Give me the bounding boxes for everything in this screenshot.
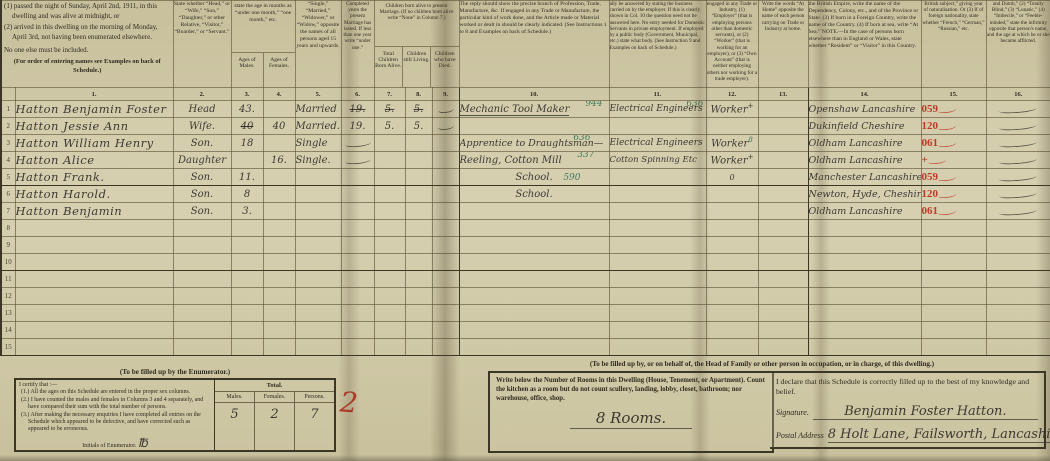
- empty-cell: [808, 271, 921, 288]
- cell-infirmity: [986, 186, 1050, 203]
- cell-years-married: [341, 169, 374, 186]
- empty-cell: [808, 288, 921, 305]
- colnum-7: 7.: [374, 88, 405, 101]
- dash-mark: [999, 139, 1037, 148]
- cell-years-married: 19.: [341, 101, 374, 118]
- empty-cell: [706, 322, 758, 339]
- header-at-home: Write the words “At Home” opposite the n…: [758, 1, 808, 88]
- cell-at-home: [758, 152, 808, 169]
- empty-cell: [405, 271, 432, 288]
- cell-name: Hatton Jessie Ann: [15, 118, 173, 135]
- cell-infirmity: [986, 101, 1050, 118]
- birthplace-code: +: [922, 154, 928, 166]
- header-years-married: Completed years the present Marriage has…: [341, 1, 374, 88]
- cell-age-male: 18: [231, 135, 263, 152]
- empty-cell: [808, 237, 921, 254]
- header-children-died: Children who have Died.: [430, 47, 458, 87]
- birthplace-code: 120: [922, 120, 939, 132]
- cell-age-male: 40: [231, 118, 263, 135]
- initials-line: Initials of Enumerator. ℔: [19, 436, 211, 451]
- empty-cell: [341, 254, 374, 271]
- empty-cell: [459, 288, 609, 305]
- empty-cell: [295, 288, 341, 305]
- cell-years-married: [341, 152, 374, 169]
- empty-cell: [609, 254, 706, 271]
- empty-cell: [15, 322, 173, 339]
- cell-marital: [295, 186, 341, 203]
- cell-children-living: 5.: [405, 118, 432, 135]
- cell-years-married: [341, 135, 374, 152]
- empty-cell: [231, 220, 263, 237]
- empty-cell: [609, 339, 706, 356]
- birthplace-code: 061: [922, 137, 939, 149]
- dash-mark: [437, 105, 453, 113]
- dash-mark: [999, 156, 1037, 165]
- empty-cell: [15, 237, 173, 254]
- empty-cell: [15, 220, 173, 237]
- occupation-code: 944: [585, 101, 602, 110]
- row-number: 7: [1, 203, 15, 220]
- empty-cell: [231, 322, 263, 339]
- cell-relation: Son.: [173, 169, 231, 186]
- certify-item-2: (2.) I have counted the males and female…: [19, 397, 211, 412]
- note-line-3: No one else must be included.: [2, 45, 173, 55]
- address-value: 8 Holt Lane, Failsworth, Lancashire.: [828, 427, 1050, 443]
- empty-cell: [808, 220, 921, 237]
- dash-mark: [344, 139, 370, 147]
- occupation-code: 636: [573, 135, 590, 144]
- empty-cell: [459, 271, 609, 288]
- cell-age-female: 40: [263, 118, 295, 135]
- note-line-2: (2) arrived in this dwelling on the morn…: [2, 22, 173, 42]
- empty-cell: [263, 220, 295, 237]
- totals-persons-value: 7: [294, 403, 334, 450]
- empty-cell: [405, 220, 432, 237]
- empty-cell: [341, 322, 374, 339]
- empty-cell: [341, 237, 374, 254]
- colnum-8: 8.: [405, 88, 432, 101]
- cell-children-died: [432, 135, 459, 152]
- census-row: 6 Hatton Harold. Son. 8 School. Newton, …: [1, 186, 1050, 203]
- signature-line: Signature. Benjamin Foster Hatton.: [776, 404, 1038, 420]
- cell-marital: Single.: [295, 152, 341, 169]
- cell-nationality: 061: [921, 135, 986, 152]
- cell-children-living: [405, 135, 432, 152]
- cell-marital: Single: [295, 135, 341, 152]
- colnum-blank: [1, 88, 15, 101]
- header-birthplace: the British Empire, write the name of th…: [808, 1, 921, 88]
- certify-intro: I certify that :—: [19, 382, 57, 388]
- cell-name: Hatton Frank.: [15, 169, 173, 186]
- red-tail: [938, 123, 956, 130]
- empty-cell: [263, 237, 295, 254]
- empty-cell: [758, 271, 808, 288]
- empty-cell: [231, 288, 263, 305]
- address-label: Postal Address: [776, 431, 824, 440]
- empty-cell: [295, 322, 341, 339]
- header-relation: State whether “Head,” or “Wife,” “Son,” …: [173, 1, 231, 88]
- empty-cell: [374, 288, 405, 305]
- empty-cell: [173, 305, 231, 322]
- empty-cell: [986, 237, 1050, 254]
- empty-cell: [808, 322, 921, 339]
- enumerator-initials: ℔: [138, 436, 148, 450]
- cell-relation: Son.: [173, 203, 231, 220]
- empty-cell: [986, 220, 1050, 237]
- empty-cell: [921, 271, 986, 288]
- empty-cell: [986, 288, 1050, 305]
- cell-nationality: 059: [921, 169, 986, 186]
- employment-mark: 8: [748, 136, 752, 144]
- cell-age-male: 11.: [231, 169, 263, 186]
- rooms-instructions: Write below the Number of Rooms in this …: [490, 373, 772, 403]
- empty-cell: [921, 288, 986, 305]
- header-marriage: “Single,” “Married,” “Widower,” or “Wido…: [295, 1, 341, 88]
- row-number: 15: [1, 339, 15, 356]
- empty-cell: [609, 237, 706, 254]
- empty-cell: [374, 237, 405, 254]
- empty-cell: [173, 237, 231, 254]
- dash-mark: [999, 105, 1037, 114]
- declaration-text: I declare that this Schedule is correctl…: [776, 377, 1038, 397]
- cell-relation: Son.: [173, 135, 231, 152]
- birthplace-code: 059: [922, 171, 939, 183]
- row-number: 13: [1, 305, 15, 322]
- empty-cell: [405, 305, 432, 322]
- header-industry: ally be answered by stating the business…: [609, 1, 706, 88]
- cell-nationality: 059: [921, 101, 986, 118]
- census-row-empty: 9: [1, 237, 1050, 254]
- header-employment: engaged in any Trade or Industry, (1) “E…: [706, 1, 758, 88]
- cell-nationality: 120: [921, 118, 986, 135]
- census-row: 3 Hatton William Henry Son. 18 Single Ap…: [1, 135, 1050, 152]
- empty-cell: [921, 322, 986, 339]
- cell-marital: [295, 169, 341, 186]
- row-number: 9: [1, 237, 15, 254]
- totals-females-label: Females.: [254, 392, 294, 403]
- cell-children-living: 5.: [405, 101, 432, 118]
- cell-infirmity: [986, 203, 1050, 220]
- colnum-13: 13.: [758, 88, 808, 101]
- cell-birthplace: Openshaw Lancashire: [808, 101, 921, 118]
- cell-at-home: [758, 135, 808, 152]
- cell-children-born: [374, 186, 405, 203]
- empty-cell: [758, 237, 808, 254]
- empty-cell: [374, 220, 405, 237]
- empty-cell: [173, 339, 231, 356]
- totals-table: Total. Males. Females. Persons. 5 2 7: [214, 380, 334, 450]
- cell-relation: Daughter: [173, 152, 231, 169]
- cell-employment: Worker+: [706, 101, 758, 118]
- cell-age-female: [263, 186, 295, 203]
- empty-cell: [295, 271, 341, 288]
- cell-nationality: 120: [921, 186, 986, 203]
- cell-employment: [706, 186, 758, 203]
- red-tail: [938, 140, 956, 147]
- census-row: 1 Hatton Benjamin Foster Head 43. Marrie…: [1, 101, 1050, 118]
- cell-relation: Wife.: [173, 118, 231, 135]
- cell-birthplace: Oldham Lancashire: [808, 152, 921, 169]
- empty-cell: [374, 305, 405, 322]
- census-row-empty: 10: [1, 254, 1050, 271]
- empty-cell: [986, 271, 1050, 288]
- cell-industry: Cotton Spinning Etc: [609, 152, 706, 169]
- empty-cell: [173, 271, 231, 288]
- census-row-empty: 13: [1, 305, 1050, 322]
- empty-cell: [341, 220, 374, 237]
- empty-cell: [706, 288, 758, 305]
- empty-cell: [459, 220, 609, 237]
- empty-cell: [459, 339, 609, 356]
- cell-birthplace: Oldham Lancashire: [808, 203, 921, 220]
- colnum-5: 5.: [295, 88, 341, 101]
- address-line: Postal Address 8 Holt Lane, Failsworth, …: [776, 427, 1038, 443]
- cell-children-born: [374, 203, 405, 220]
- cell-children-born: 5.: [374, 118, 405, 135]
- cell-age-female: [263, 169, 295, 186]
- dash-mark: [344, 156, 370, 164]
- initials-label: Initials of Enumerator.: [82, 443, 136, 449]
- cell-children-died: [432, 186, 459, 203]
- totals-males-value: 5: [215, 403, 254, 450]
- cell-occupation: Mechanic Tool Maker944: [459, 101, 609, 118]
- empty-cell: [173, 288, 231, 305]
- empty-cell: [15, 271, 173, 288]
- cell-industry: [609, 203, 706, 220]
- empty-cell: [341, 271, 374, 288]
- cell-occupation: [459, 203, 609, 220]
- empty-cell: [921, 237, 986, 254]
- cell-occupation: Apprentice to Draughtsman—636: [459, 135, 609, 152]
- cell-infirmity: [986, 152, 1050, 169]
- empty-cell: [706, 271, 758, 288]
- column-numbers-row: 1. 2. 3. 4. 5. 6. 7. 8. 9. 10. 11. 12. 1…: [1, 88, 1050, 101]
- cell-name: Hatton William Henry: [15, 135, 173, 152]
- empty-cell: [758, 322, 808, 339]
- cell-age-female: 16.: [263, 152, 295, 169]
- cell-infirmity: [986, 135, 1050, 152]
- header-ages-group: state the age in months as “under one mo…: [231, 1, 295, 88]
- cell-children-living: [405, 186, 432, 203]
- empty-cell: [758, 220, 808, 237]
- cell-marital: Married.: [295, 118, 341, 135]
- cell-at-home: [758, 203, 808, 220]
- header-children-living: Children still Living.: [402, 47, 430, 87]
- empty-cell: [263, 322, 295, 339]
- empty-cell: [808, 254, 921, 271]
- empty-cell: [459, 305, 609, 322]
- header-ages-note: state the age in months as “under one mo…: [232, 1, 295, 53]
- cell-employment: Worker8: [706, 135, 758, 152]
- certify-item-1: (1.) All the ages on this Schedule are e…: [19, 389, 211, 396]
- colnum-1: 1.: [15, 88, 173, 101]
- cell-infirmity: [986, 169, 1050, 186]
- empty-cell: [231, 305, 263, 322]
- census-row-empty: 15: [1, 339, 1050, 356]
- totals-persons-label: Persons.: [294, 392, 334, 403]
- enumerator-title: (To be filled up by the Enumerator.): [30, 368, 320, 376]
- cell-birthplace: Manchester Lancashire: [808, 169, 921, 186]
- row-number: 8: [1, 220, 15, 237]
- empty-cell: [609, 288, 706, 305]
- empty-cell: [758, 305, 808, 322]
- cell-birthplace: Dukinfield Cheshire: [808, 118, 921, 135]
- empty-cell: [263, 339, 295, 356]
- empty-cell: [986, 339, 1050, 356]
- empty-cell: [374, 322, 405, 339]
- dash-mark: [437, 122, 453, 130]
- empty-cell: [706, 305, 758, 322]
- totals-females-value: 2: [254, 403, 294, 450]
- empty-cell: [706, 237, 758, 254]
- header-children-group: Children born alive to present Marriage.…: [374, 1, 459, 88]
- dash-mark: [999, 207, 1037, 216]
- header-row: (1) passed the night of Sunday, April 2n…: [1, 1, 1050, 88]
- empty-cell: [231, 254, 263, 271]
- header-ages-females: Ages of Females.: [263, 53, 295, 87]
- footer-section: (To be filled up by the Enumerator.) I c…: [0, 356, 1050, 460]
- empty-cell: [405, 322, 432, 339]
- empty-cell: [706, 254, 758, 271]
- cell-name: Hatton Benjamin: [15, 203, 173, 220]
- empty-cell: [405, 339, 432, 356]
- cell-children-born: [374, 152, 405, 169]
- row-number: 6: [1, 186, 15, 203]
- cell-age-male: 3.: [231, 203, 263, 220]
- cell-years-married: 19.: [341, 118, 374, 135]
- census-row: 2 Hatton Jessie Ann Wife. 40 40 Married.…: [1, 118, 1050, 135]
- colnum-4: 4.: [263, 88, 295, 101]
- cell-relation: Head: [173, 101, 231, 118]
- empty-cell: [374, 339, 405, 356]
- cell-years-married: [341, 203, 374, 220]
- rooms-box: Write below the Number of Rooms in this …: [488, 371, 774, 453]
- cell-children-born: 5.: [374, 101, 405, 118]
- employment-mark: +: [748, 153, 754, 161]
- empty-cell: [432, 254, 459, 271]
- cell-age-female: [263, 101, 295, 118]
- cell-name: Hatton Alice: [15, 152, 173, 169]
- empty-cell: [15, 339, 173, 356]
- empty-cell: [609, 322, 706, 339]
- empty-cell: [758, 288, 808, 305]
- cell-birthplace: Newton, Hyde, Cheshire: [808, 186, 921, 203]
- empty-cell: [432, 305, 459, 322]
- signature-label: Signature.: [776, 408, 809, 417]
- header-nationality: British subject,” giving year of natural…: [921, 1, 986, 88]
- dash-mark: [999, 190, 1037, 199]
- empty-cell: [263, 254, 295, 271]
- declaration-box: I declare that this Schedule is correctl…: [770, 371, 1046, 449]
- cell-at-home: [758, 101, 808, 118]
- cell-occupation: School.: [459, 186, 609, 203]
- empty-cell: [432, 288, 459, 305]
- cell-age-female: [263, 203, 295, 220]
- empty-cell: [459, 254, 609, 271]
- empty-cell: [15, 254, 173, 271]
- cell-industry: Electrical Engineers: [609, 135, 706, 152]
- cell-nationality: +: [921, 152, 986, 169]
- cell-industry: [609, 169, 706, 186]
- census-row: 5 Hatton Frank. Son. 11. School.590 0 Ma…: [1, 169, 1050, 186]
- row-number: 5: [1, 169, 15, 186]
- header-infirmity: and Dumb,” (2) “Totally Blind,” (3) “Lun…: [986, 1, 1050, 88]
- colnum-14: 14.: [808, 88, 921, 101]
- empty-cell: [341, 305, 374, 322]
- red-tail: [938, 191, 956, 198]
- cell-children-died: [432, 101, 459, 118]
- empty-cell: [173, 220, 231, 237]
- census-schedule-1911: (1) passed the night of Sunday, April 2n…: [0, 0, 1050, 461]
- note-line-4: (For order of entering names see Example…: [2, 57, 173, 76]
- empty-cell: [15, 305, 173, 322]
- cell-children-born: [374, 169, 405, 186]
- cell-children-died: [432, 203, 459, 220]
- header-children-born: Total Children Born Alive.: [375, 47, 402, 87]
- totals-title: Total.: [215, 380, 334, 392]
- enumerator-box: I certify that :— (1.) All the ages on t…: [14, 378, 336, 452]
- note-line-1: (1) passed the night of Sunday, April 2n…: [2, 1, 173, 21]
- empty-cell: [341, 288, 374, 305]
- row-number: 14: [1, 322, 15, 339]
- cell-years-married: [341, 186, 374, 203]
- employment-mark: +: [748, 102, 754, 110]
- row-number: 2: [1, 118, 15, 135]
- empty-cell: [808, 305, 921, 322]
- birthplace-code: 061: [922, 205, 939, 217]
- colnum-12: 12.: [706, 88, 758, 101]
- cell-birthplace: Oldham Lancashire: [808, 135, 921, 152]
- cell-employment: Worker+: [706, 152, 758, 169]
- industry-code: 636: [686, 101, 703, 110]
- empty-cell: [921, 220, 986, 237]
- empty-cell: [263, 305, 295, 322]
- empty-cell: [921, 305, 986, 322]
- cell-marital: Married: [295, 101, 341, 118]
- empty-cell: [374, 254, 405, 271]
- empty-cell: [295, 254, 341, 271]
- cell-children-living: [405, 203, 432, 220]
- empty-cell: [808, 339, 921, 356]
- empty-cell: [432, 237, 459, 254]
- cell-employment: 0: [706, 169, 758, 186]
- cell-children-living: [405, 169, 432, 186]
- empty-cell: [432, 322, 459, 339]
- empty-cell: [986, 322, 1050, 339]
- empty-cell: [706, 339, 758, 356]
- empty-cell: [173, 254, 231, 271]
- cell-age-female: [263, 135, 295, 152]
- empty-cell: [295, 220, 341, 237]
- birthplace-code: 120: [922, 188, 939, 200]
- enumerator-certification: I certify that :— (1.) All the ages on t…: [16, 380, 214, 450]
- row-number: 1: [1, 101, 15, 118]
- certify-item-3: (3.) After making the necessary enquirie…: [19, 412, 211, 434]
- cell-age-male: 43.: [231, 101, 263, 118]
- row-number: 12: [1, 288, 15, 305]
- signature-value: Benjamin Foster Hatton.: [813, 404, 1038, 420]
- cell-occupation: [459, 118, 609, 135]
- colnum-10: 10.: [459, 88, 609, 101]
- empty-cell: [15, 288, 173, 305]
- empty-cell: [231, 339, 263, 356]
- empty-cell: [706, 220, 758, 237]
- empty-cell: [173, 322, 231, 339]
- colnum-16: 16.: [986, 88, 1050, 101]
- colnum-11: 11.: [609, 88, 706, 101]
- census-row: 4 Hatton Alice Daughter 16. Single. Reel…: [1, 152, 1050, 169]
- empty-cell: [986, 305, 1050, 322]
